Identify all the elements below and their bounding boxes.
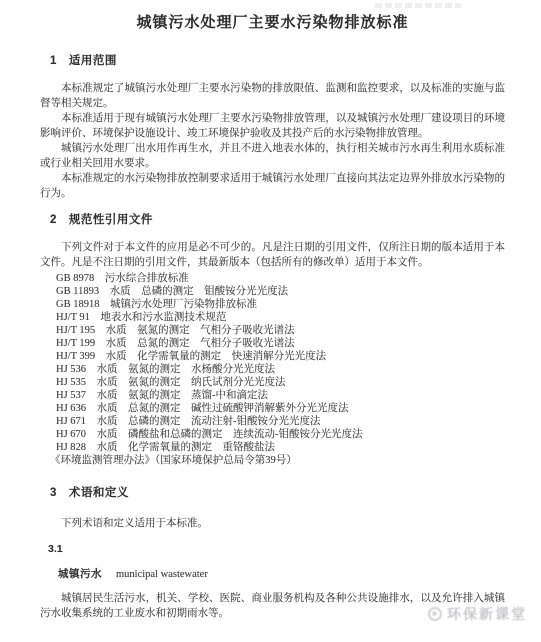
section-2-intro: 下列文件对于本文件的应用是必不可少的。凡是注日期的引用文件，仅所注日期的版本适用…	[40, 240, 505, 270]
section-3-title: 术语和定义	[69, 487, 129, 499]
reference-item: HJ 535 水质 氨氮的测定 纳氏试剂分光光度法	[56, 376, 505, 389]
reference-item: HJ 537 水质 氨氮的测定 蒸馏-中和滴定法	[56, 389, 505, 402]
section-1-title: 适用范围	[69, 55, 117, 67]
document-page: 城镇污水处理厂主要水污染物排放标准 1适用范围 本标准规定了城镇污水处理厂主要水…	[0, 0, 541, 642]
watermark-logo-icon	[428, 607, 442, 621]
term-line: 城镇污水municipal wastewater	[58, 568, 505, 581]
faded-header-remnant	[375, 3, 461, 8]
section-1-paragraph: 本标准规定的水污染物排放控制要求适用于城镇污水处理厂直接向其法定边界外排放水污染…	[40, 171, 505, 201]
term-english: municipal wastewater	[116, 569, 208, 580]
section-2-heading: 2规范性引用文件	[50, 214, 505, 227]
reference-item: HJ 536 水质 氨氮的测定 水杨酸分光光度法	[56, 363, 505, 376]
document-content: 城镇污水处理厂主要水污染物排放标准 1适用范围 本标准规定了城镇污水处理厂主要水…	[0, 0, 541, 621]
section-1-number: 1	[50, 55, 57, 67]
reference-item: HJ/T 399 水质 化学需氧量的测定 快速消解分光光度法	[56, 350, 505, 363]
reference-item: HJ 828 水质 化学需氧量的测定 重铬酸盐法	[56, 441, 505, 454]
watermark: 环保新课堂	[428, 604, 527, 624]
reference-item: HJ/T 91 地表水和污水监测技术规范	[56, 311, 505, 324]
term-chinese: 城镇污水	[58, 568, 102, 580]
section-2-number: 2	[50, 214, 57, 226]
clause-number: 3.1	[48, 543, 505, 556]
reference-item: HJ 636 水质 总氮的测定 碱性过硫酸钾消解紫外分光光度法	[56, 402, 505, 415]
reference-item: HJ 670 水质 磷酸盐和总磷的测定 连续流动-钼酸铵分光光度法	[56, 428, 505, 441]
reference-list: GB 8978 污水综合排放标准 GB 11893 水质 总磷的测定 钼酸铵分光…	[56, 272, 505, 467]
section-3-number: 3	[50, 487, 57, 499]
section-1-heading: 1适用范围	[50, 55, 505, 68]
watermark-text: 环保新课堂	[447, 604, 527, 624]
section-2-title: 规范性引用文件	[69, 214, 153, 226]
section-1-paragraph: 本标准规定了城镇污水处理厂主要水污染物的排放限值、监测和监控要求，以及标准的实施…	[40, 81, 505, 111]
reference-item: GB 11893 水质 总磷的测定 钼酸铵分光光度法	[56, 285, 505, 298]
section-1-paragraph: 本标准适用于现有城镇污水处理厂主要水污染物排放管理，以及城镇污水处理厂建设项目的…	[40, 111, 505, 141]
section-3-heading: 3术语和定义	[50, 487, 505, 500]
reference-item: HJ 671 水质 总磷的测定 流动注射-钼酸铵分光光度法	[56, 415, 505, 428]
section-1-paragraph: 城镇污水处理厂出水用作再生水，并且不进入地表水体的，执行相关城市污水再生利用水质…	[40, 141, 505, 171]
page-title: 城镇污水处理厂主要水污染物排放标准	[40, 14, 505, 31]
reference-item: HJ/T 199 水质 总氮的测定 气相分子吸收光谱法	[56, 337, 505, 350]
reference-item: HJ/T 195 水质 氨氮的测定 气相分子吸收光谱法	[56, 324, 505, 337]
section-3-intro: 下列术语和定义适用于本标准。	[40, 516, 505, 531]
reference-item: 《环境监测管理办法》（国家环境保护总局令第39号）	[50, 454, 505, 467]
reference-item: GB 8978 污水综合排放标准	[56, 272, 505, 285]
reference-item: GB 18918 城镇污水处理厂污染物排放标准	[56, 298, 505, 311]
